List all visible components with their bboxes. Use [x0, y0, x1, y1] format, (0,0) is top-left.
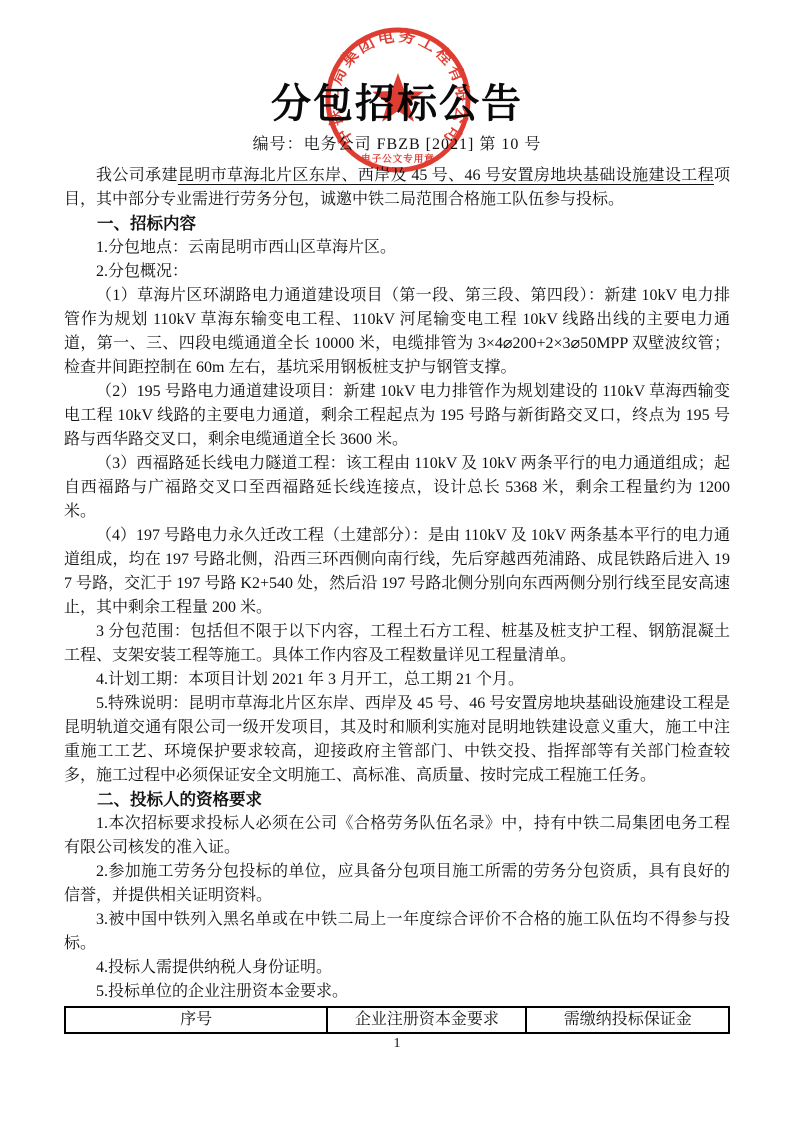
page-number: 1 [0, 1036, 794, 1052]
section-2-heading: 二、投标人的资格要求 [64, 788, 730, 812]
doc-number: 编号：电务公司 FBZB [2021] 第 10 号 [0, 134, 794, 156]
page-title: 分包招标公告 [0, 0, 794, 128]
table-header-serial: 序号 [65, 1007, 327, 1033]
section-2-item-5: 5.投标单位的企业注册资本金要求。 [64, 980, 730, 1004]
section-1-item-3: 3 分包范围：包括但不限于以下内容，工程土石方工程、桩基及桩支护工程、钢筋混凝土… [64, 620, 730, 668]
intro-prefix: 我公司承建 [96, 167, 178, 184]
table-header-capital: 企业注册资本金要求 [327, 1007, 526, 1033]
document-page: 分包招标公告 编号：电务公司 FBZB [2021] 第 10 号 我公司承建昆… [0, 0, 794, 1123]
section-1-item-2-sub-1: （1）草海片区环湖路电力通道建设项目（第一段、第三段、第四段）：新建 10kV … [64, 284, 730, 380]
section-2-item-4: 4.投标人需提供纳税人身份证明。 [64, 956, 730, 980]
section-1-heading: 一、招标内容 [64, 212, 730, 236]
project-name-underlined: 昆明市草海北片区东岸、西岸及 45 号、46 号安置房地块基础设施建设工程 [178, 167, 714, 184]
section-2-item-1: 1.本次招标要求投标人必须在公司《合格劳务队伍名录》中，持有中铁二局集团电务工程… [64, 812, 730, 860]
capital-requirement-table: 序号 企业注册资本金要求 需缴纳投标保证金 [64, 1006, 730, 1034]
table-header-deposit: 需缴纳投标保证金 [526, 1007, 729, 1033]
section-1-item-2: 2.分包概况： [64, 260, 730, 284]
document-body: 我公司承建昆明市草海北片区东岸、西岸及 45 号、46 号安置房地块基础设施建设… [64, 164, 730, 1034]
section-2-item-3: 3.被中国中铁列入黑名单或在中铁二局上一年度综合评价不合格的施工队伍均不得参与投… [64, 908, 730, 956]
section-1-item-2-sub-4: （4）197 号路电力永久迁改工程（土建部分）：是由 110kV 及 10kV … [64, 524, 730, 620]
section-1-item-4: 4.计划工期：本项目计划 2021 年 3 月开工，总工期 21 个月。 [64, 668, 730, 692]
section-2-item-2: 2.参加施工劳务分包投标的单位，应具备分包项目施工所需的劳务分包资质，具有良好的… [64, 860, 730, 908]
intro-paragraph: 我公司承建昆明市草海北片区东岸、西岸及 45 号、46 号安置房地块基础设施建设… [64, 164, 730, 212]
section-1-item-2-sub-3: （3）西福路延长线电力隧道工程：该工程由 110kV 及 10kV 两条平行的电… [64, 452, 730, 524]
table-header-row: 序号 企业注册资本金要求 需缴纳投标保证金 [65, 1007, 729, 1033]
section-1-item-1: 1.分包地点：云南昆明市西山区草海片区。 [64, 236, 730, 260]
section-1-item-5: 5.特殊说明：昆明市草海北片区东岸、西岸及 45 号、46 号安置房地块基础设施… [64, 692, 730, 788]
section-1-item-2-sub-2: （2）195 号路电力通道建设项目：新建 10kV 电力排管作为规划建设的 11… [64, 380, 730, 452]
